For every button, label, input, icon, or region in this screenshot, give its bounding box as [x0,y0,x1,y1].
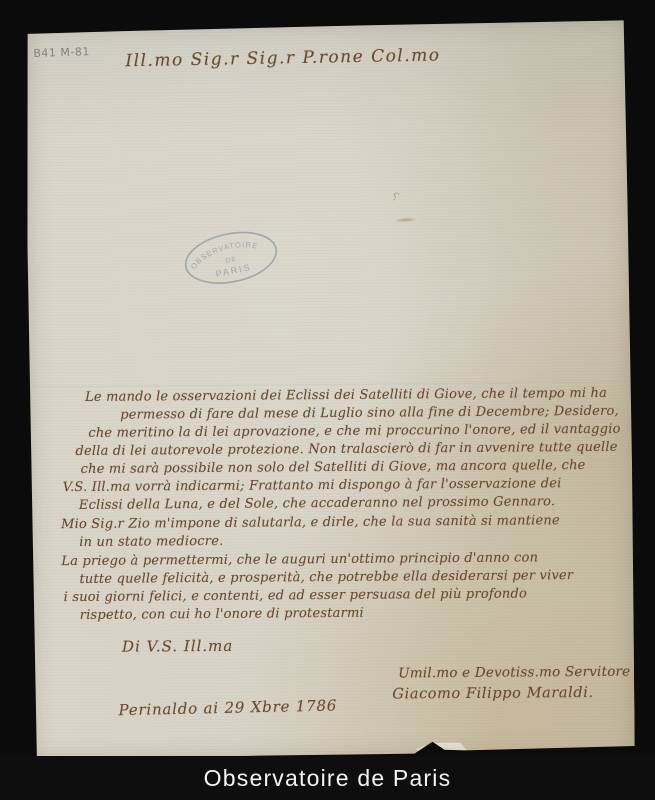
body-line: permesso di fare dal mese di Luglio sino… [120,404,619,423]
body-line: Eclissi della Luna, e del Sole, che acca… [79,494,555,513]
scan-viewer: B41 M-81 Ill.mo Sig.r Sig.r P.rone Col.m… [0,0,655,800]
letter-salutation: Ill.mo Sig.r Sig.r P.rone Col.mo [125,45,440,71]
signature-name: Giacomo Filippo Maraldi. [392,685,593,703]
body-line: i suoi giorni felici, e contenti, ed ad … [64,586,528,605]
signature-role: Umil.mo e Devotiss.mo Servitore [398,664,630,682]
body-line: in un stato mediocre. [79,534,223,550]
body-line: che meritino la di lei aprovazione, e ch… [88,422,620,441]
body-line: tutte quelle felicità, e prosperità, che… [79,568,573,587]
body-line: Mio Sig.r Zio m'impone di salutarla, e d… [61,513,560,532]
stamp-text-middle: DE [225,256,238,265]
observatoire-stamp: OBSERVATOIRE DE PARIS [163,209,299,306]
body-line: che mi sarà possibile non solo del Satel… [81,458,586,477]
body-line: La priego à permettermi, che le auguri u… [61,550,538,569]
ink-smudge-small [395,217,417,224]
body-line: Le mando le osservazioni dei Eclissi dei… [85,386,607,405]
letter-paper: B41 M-81 Ill.mo Sig.r Sig.r P.rone Col.m… [25,20,635,761]
body-line: V.S. Ill.ma vorrà indicarmi; Frattanto m… [63,476,562,495]
ink-smudge: ⸮ࡠ [390,190,419,211]
letter-valediction: Di V.S. Ill.ma [122,637,233,656]
place-date-line: Perinaldo ai 29 Xbre 1786 [118,696,337,719]
caption-bar: Observatoire de Paris [0,756,655,800]
caption-text: Observatoire de Paris [204,765,452,792]
archive-shelfmark: B41 M-81 [33,45,90,60]
stamp-text-bottom: PARIS [215,262,253,279]
paper-torn-flap [416,741,468,755]
body-line: della di lei autorevole protezione. Non … [75,440,617,459]
body-line: rispetto, con cui ho l'onore di protesta… [80,606,364,623]
